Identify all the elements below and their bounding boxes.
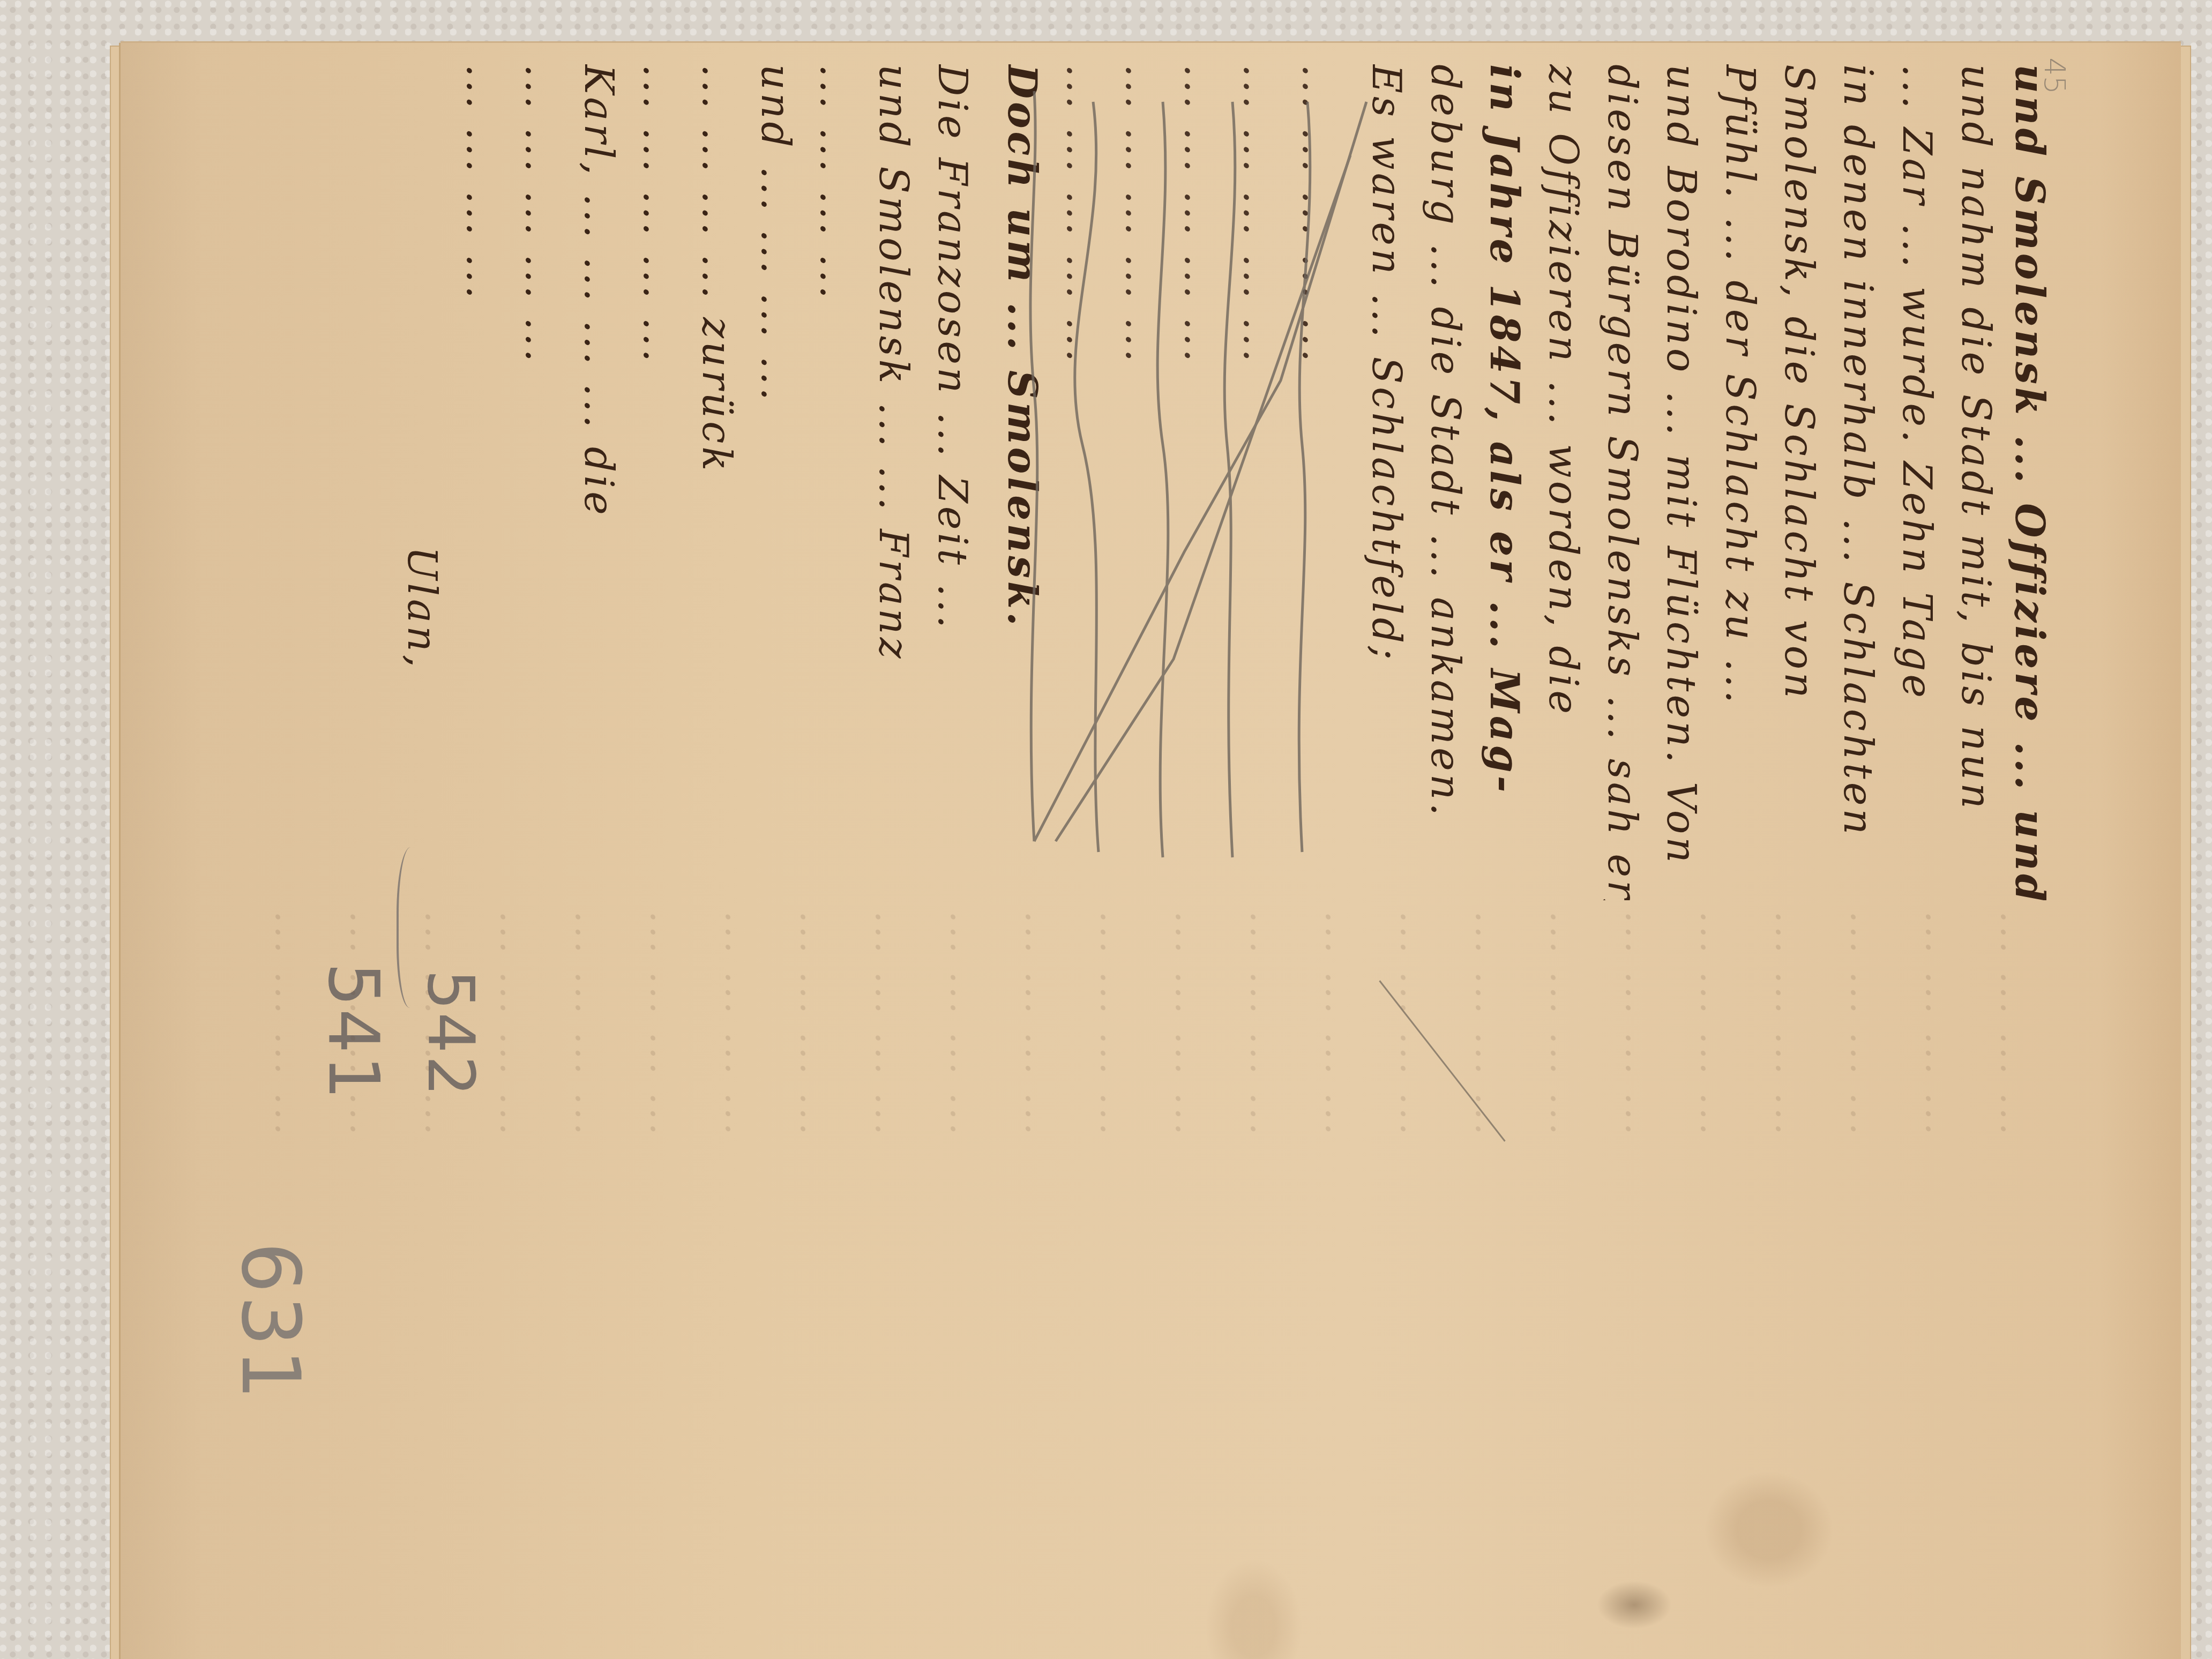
bleed-line: ... ... ... ... (472, 911, 536, 1634)
bleed-line: ... ... ... ... (847, 911, 911, 1634)
bleed-line: ... ... ... ... (1372, 911, 1436, 1634)
struck-text-line: ... ... ... ... ... (1216, 64, 1281, 900)
text-line: Es waren ... Schlachtfeld; (1345, 64, 1409, 900)
bleed-line: ... ... ... ... (547, 911, 611, 1634)
bleed-line: ... ... ... ... (1672, 911, 1736, 1634)
handwritten-text-block: und Smolensk ... Offiziere ... und und n… (193, 64, 2068, 900)
bleed-line: ... ... ... ... (1447, 911, 1511, 1634)
closing-word: Ulan, (380, 547, 445, 761)
text-line: ... ... ... ... (439, 64, 504, 900)
bleed-line: ... ... ... ... (246, 911, 311, 1634)
bleed-line: ... ... ... ... (1147, 911, 1211, 1634)
text-line: ... ... ... ... (793, 64, 857, 900)
bleed-line: ... ... ... ... (1522, 911, 1586, 1634)
bleed-through-text: ... ... ... ... ... ... ... ... ... ... … (204, 911, 2052, 1634)
text-line: ... ... ... ... ... (498, 64, 563, 900)
struck-text-line: ... ... ... ... ... (1040, 64, 1104, 900)
bleed-line: ... ... ... ... (997, 911, 1061, 1634)
text-line: deburg ... die Stadt ... ankamen. (1404, 64, 1468, 900)
bleed-line: ... ... ... ... (1897, 911, 1961, 1634)
struck-text-line: ... ... ... ... ... (1157, 64, 1222, 900)
bleed-line: ... ... ... ... (697, 911, 761, 1634)
text-line: und Borodino ... mit Flüchten. Von (1640, 64, 1704, 900)
bleed-line: ... ... ... ... (397, 911, 461, 1634)
bleed-line: ... ... ... ... (622, 911, 686, 1634)
text-line: ... ... ... ... zurück (675, 64, 739, 900)
text-line: Smolensk, die Schlacht von (1758, 64, 1822, 900)
text-line: und Smolensk ... ... Franz (852, 64, 916, 900)
text-line: in denen innerhalb ... Schlachten (1817, 64, 1881, 900)
bleed-line: ... ... ... ... (922, 911, 986, 1634)
text-line: in Jahre 1847, als er ... Mag- (1463, 64, 1527, 900)
text-line: Doch um ... Smolensk. (981, 64, 1045, 900)
text-line: zu Offizieren ... worden, die (1522, 64, 1586, 900)
text-line: diesen Bürgern Smolensks ... sah er, (1581, 64, 1645, 900)
bleed-line: ... ... ... ... (1822, 911, 1886, 1634)
text-line: Karl, ... ... ... ... die (557, 64, 622, 900)
bleed-line: ... ... ... ... (1297, 911, 1361, 1634)
text-line: ... Zar ... wurde. Zehn Tage (1875, 64, 1940, 900)
bleed-line: ... ... ... ... (322, 911, 386, 1634)
paper-stain (1597, 1581, 1672, 1629)
text-line: und nahm die Stadt mit, bis nun (1934, 64, 1999, 900)
bleed-line: ... ... ... ... (1222, 911, 1286, 1634)
bleed-line: ... ... ... ... (772, 911, 836, 1634)
bleed-line: ... ... ... ... (1747, 911, 1811, 1634)
bleed-line: ... ... ... ... (1972, 911, 2036, 1634)
struck-text-line: ... ... ... ... ... (1098, 64, 1163, 900)
struck-text-line: ... ... ... ... ... (1275, 64, 1340, 900)
bleed-line: ... ... ... ... (1072, 911, 1136, 1634)
text-line: ... ... ... ... ... (616, 64, 681, 900)
text-line: Pfühl. ... der Schlacht zu ... (1699, 64, 1763, 900)
bleed-line: ... ... ... ... (1597, 911, 1661, 1634)
text-line: und ... ... ... ... (734, 64, 798, 900)
text-line: Die Franzosen ... Zeit ... (911, 64, 975, 900)
